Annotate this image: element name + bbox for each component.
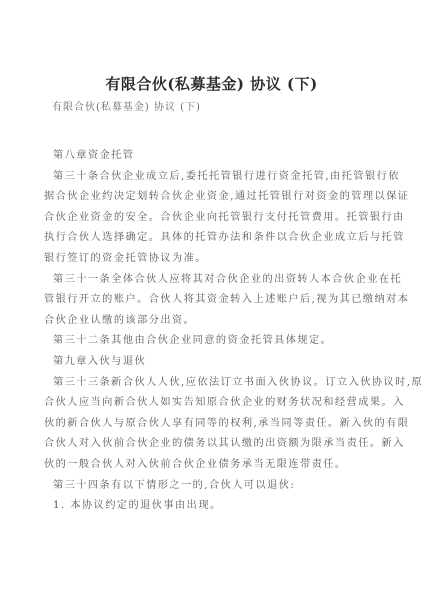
paragraph-line: 管银行开立的账户。合伙人将其资金转入上述账户后,视为其已缴纳对本 (44, 290, 384, 311)
paragraph-line: 合伙人对入伙前合伙企业的债务以其认缴的出资额为限承当责任。新入 (44, 434, 384, 455)
list-item: 1. 本协议约定的退伙事由出现。 (44, 496, 384, 517)
paragraph-line: 执行合伙人选择确定。具体的托管办法和条件以合伙企业成立后与托管 (44, 228, 384, 249)
paragraph-line: 第三十条合伙企业成立后,委托托管银行进行资金托管,由托管银行依 (44, 167, 384, 188)
chapter-heading-9: 第九章入伙与退伙 (44, 352, 384, 373)
document-body: 第八章资金托管 第三十条合伙企业成立后,委托托管银行进行资金托管,由托管银行依 … (44, 146, 384, 517)
paragraph-line: 第三十三条新合伙人人伙,应依法订立书面入伙协议。订立入伙协议时,原 (44, 373, 384, 394)
paragraph-line: 第三十一条全体合伙人应将其对合伙企业的出资转人本合伙企业在托 (44, 270, 384, 291)
paragraph-line: 银行签订的资金托管协议为准。 (44, 249, 384, 270)
paragraph-line: 伙的新合伙人与原合伙人享有同等的权利,承当同等责任。新入伙的有限 (44, 414, 384, 435)
paragraph-line: 第三十二条其他由合伙企业同意的资金托管具体规定。 (44, 331, 384, 352)
document-subtitle: 有限合伙(私募基金) 协议 (下) (52, 98, 201, 113)
document-title: 有限合伙(私募基金) 协议 (下) (0, 73, 423, 94)
paragraph-line: 伙的一般合伙人对入伙前合伙企业债务承当无限连带责任。 (44, 455, 384, 476)
paragraph-line: 第三十四条有以下情形之一的,合伙人可以退伙: (44, 476, 384, 497)
chapter-heading-8: 第八章资金托管 (44, 146, 384, 167)
paragraph-line: 据合伙企业约决定划转合伙企业资金,通过托管银行对资金的管理以保证 (44, 187, 384, 208)
paragraph-line: 合伙人应当向新合伙人如实告知原合伙企业的财务状况和经营成果。入 (44, 393, 384, 414)
paragraph-line: 合伙企业资金的安全。合伙企业向托管银行支付托管费用。托管银行由 (44, 208, 384, 229)
paragraph-line: 合伙企业认缴的该部分出资。 (44, 311, 384, 332)
